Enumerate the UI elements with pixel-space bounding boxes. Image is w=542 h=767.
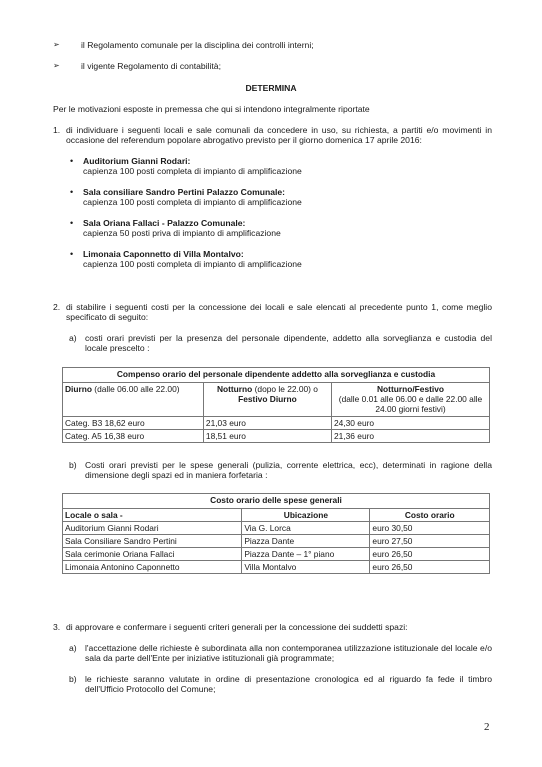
table-cell: Via G. Lorca xyxy=(242,522,370,535)
table-cell: euro 30,50 xyxy=(370,522,490,535)
venue-name: Sala Oriana Fallaci - Palazzo Comunale: xyxy=(83,218,245,228)
table-cell: Categ. B3 18,62 euro xyxy=(63,417,204,430)
section-heading: DETERMINA xyxy=(0,83,542,93)
table-row: Sala cerimonie Oriana Fallaci Piazza Dan… xyxy=(63,548,490,561)
table-header: Notturno/Festivo(dalle 0.01 alle 06.00 e… xyxy=(332,383,490,417)
table-header: Notturno (dopo le 22.00) oFestivo Diurno xyxy=(203,383,331,417)
table-cell: euro 26,50 xyxy=(370,548,490,561)
table-cell: Sala cerimonie Oriana Fallaci xyxy=(63,548,242,561)
point3b-text: le richieste saranno valutate in ordine … xyxy=(85,674,492,695)
table-row: Categ. B3 18,62 euro 21,03 euro 24,30 eu… xyxy=(63,417,490,430)
bullet-icon: • xyxy=(70,187,73,197)
point-number: 1. xyxy=(53,125,60,135)
table-cell: 21,03 euro xyxy=(203,417,331,430)
venue-desc: capienza 100 posti completa di impianto … xyxy=(83,259,302,269)
page-number: 2 xyxy=(484,722,490,732)
table-cell: Limonaia Antonino Caponnetto xyxy=(63,561,242,574)
table-row: Categ. A5 16,38 euro 18,51 euro 21,36 eu… xyxy=(63,430,490,443)
table-cell: Piazza Dante – 1° piano xyxy=(242,548,370,561)
point1-text: di individuare i seguenti locali e sale … xyxy=(66,125,492,146)
point2b-text: Costi orari previsti per le spese genera… xyxy=(85,460,492,481)
table-title: Costo orario delle spese generali xyxy=(63,494,490,509)
table-cell: Sala Consiliare Sandro Pertini xyxy=(63,535,242,548)
table-cell: Categ. A5 16,38 euro xyxy=(63,430,204,443)
bullet-icon: • xyxy=(70,249,73,259)
table-cell: euro 27,50 xyxy=(370,535,490,548)
table-cell: euro 26,50 xyxy=(370,561,490,574)
sub-marker: a) xyxy=(69,643,77,653)
table-row: Sala Consiliare Sandro Pertini Piazza Da… xyxy=(63,535,490,548)
intro-paragraph: Per le motivazioni esposte in premessa c… xyxy=(53,104,493,114)
premise-item: il vigente Regolamento di contabilità; xyxy=(81,61,221,71)
venue-name: Auditorium Gianni Rodari: xyxy=(83,156,190,166)
sub-marker: b) xyxy=(69,674,77,684)
table-cell: 24,30 euro xyxy=(332,417,490,430)
sub-marker: b) xyxy=(69,460,77,470)
personnel-cost-table: Compenso orario del personale dipendente… xyxy=(62,367,490,443)
table-cell: 18,51 euro xyxy=(203,430,331,443)
arrow-bullet-icon: ➢ xyxy=(53,40,60,50)
table-header: Ubicazione xyxy=(242,509,370,522)
general-cost-table: Costo orario delle spese generali Locale… xyxy=(62,493,490,574)
arrow-bullet-icon: ➢ xyxy=(53,61,60,71)
venue-name: Limonaia Caponnetto di Villa Montalvo: xyxy=(83,249,244,259)
venue-desc: capienza 50 posti priva di impianto di a… xyxy=(83,228,281,238)
point3-text: di approvare e confermare i seguenti cri… xyxy=(66,622,492,632)
bullet-icon: • xyxy=(70,218,73,228)
table-cell: Piazza Dante xyxy=(242,535,370,548)
table-header: Locale o sala - xyxy=(63,509,242,522)
venue-name: Sala consiliare Sandro Pertini Palazzo C… xyxy=(83,187,285,197)
point2a-text: costi orari previsti per la presenza del… xyxy=(85,333,492,354)
table-cell: Villa Montalvo xyxy=(242,561,370,574)
point3a-text: l'accettazione delle richieste è subordi… xyxy=(85,643,492,664)
table-title: Compenso orario del personale dipendente… xyxy=(63,368,490,383)
table-cell: Auditorium Gianni Rodari xyxy=(63,522,242,535)
venue-desc: capienza 100 posti completa di impianto … xyxy=(83,166,302,176)
table-row: Auditorium Gianni Rodari Via G. Lorca eu… xyxy=(63,522,490,535)
table-row: Limonaia Antonino Caponnetto Villa Monta… xyxy=(63,561,490,574)
sub-marker: a) xyxy=(69,333,77,343)
point-number: 3. xyxy=(53,622,60,632)
table-cell: 21,36 euro xyxy=(332,430,490,443)
venue-desc: capienza 100 posti completa di impianto … xyxy=(83,197,302,207)
bullet-icon: • xyxy=(70,156,73,166)
table-header: Diurno (dalle 06.00 alle 22.00) xyxy=(63,383,204,417)
premise-item: il Regolamento comunale per la disciplin… xyxy=(81,40,314,50)
point2-text: di stabilire i seguenti costi per la con… xyxy=(66,302,492,323)
point-number: 2. xyxy=(53,302,60,312)
table-header: Costo orario xyxy=(370,509,490,522)
